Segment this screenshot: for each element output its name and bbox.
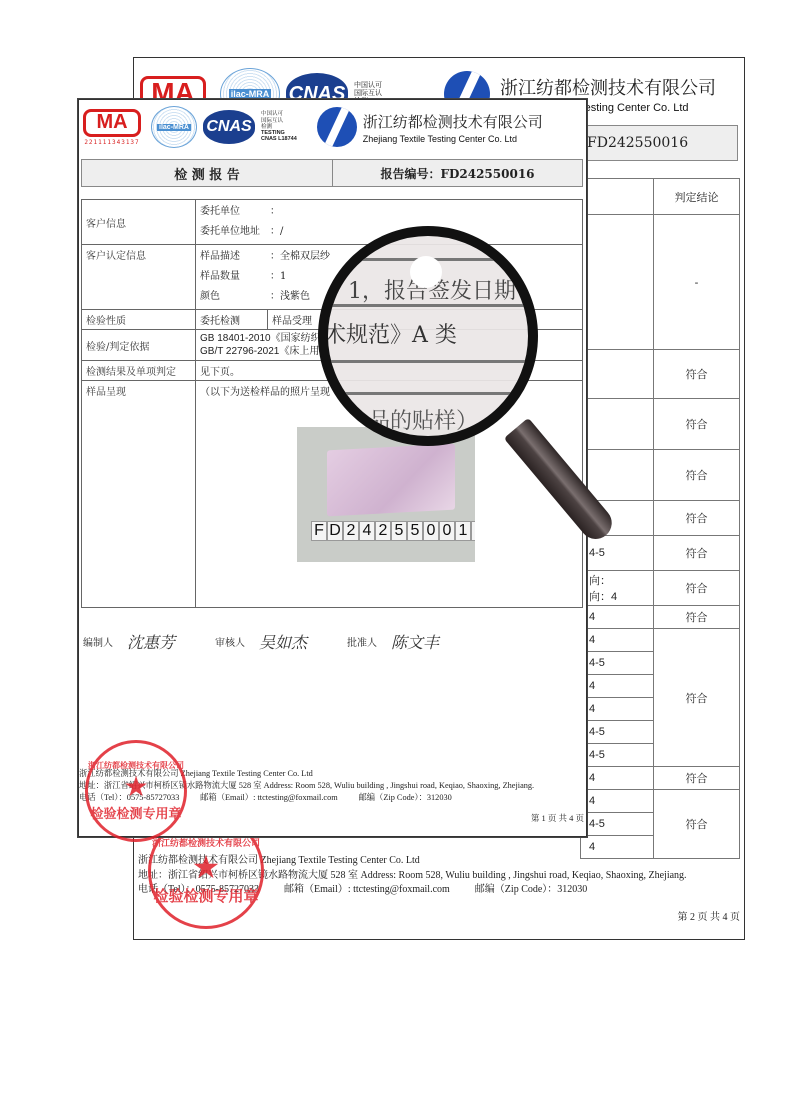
result-conclusion: 符合 [654,606,740,629]
table-row: 符合 [581,350,740,399]
row-label-client-info: 客户认定信息 [82,245,196,310]
result-conclusion: 符合 [654,767,740,790]
table-row: 4符合 [581,629,740,652]
row-label-results: 检测结果及单项判定 [82,361,196,381]
result-value: 4 [581,767,654,790]
inspection-stamp: 浙江纺都检测技术有限公司 ★ 检验检测专用章 [85,740,187,842]
cma-block: MA 221111343137 [83,109,141,146]
result-conclusion: 符合 [654,399,740,450]
result-value: 向： 向：4 [581,571,654,606]
sample-photo: FD242550016 [297,427,475,562]
signature-compiler: 沈惠芳 [127,630,175,653]
result-conclusion: 符合 [654,629,740,767]
result-value: 4-5 [581,536,654,571]
result-value: 4 [581,698,654,721]
magnified-text-sample: 品的贴样） [368,404,478,435]
company-name-block: 浙江纺都检测技术有限公司 Zhejiang Textile Testing Ce… [363,111,543,144]
cma-number: 221111343137 [84,139,139,146]
table-row: 向： 向：4符合 [581,571,740,606]
table-row: 客户信息 委托单位： 委托单位地址：/ [82,200,583,245]
tag-character: 1 [455,521,471,541]
signature-role: 审核人 [215,634,245,649]
page1-page-number: 第 1 页 共 4 页 [531,812,584,824]
table-row: 4-5符合 [581,536,740,571]
cma-logo: MA [83,109,141,137]
tag-character: 6 [471,521,475,541]
table-row: 4符合 [581,767,740,790]
result-conclusion: 符合 [654,571,740,606]
result-conclusion: 符合 [654,350,740,399]
page2-page-number: 第 2 页 共 4 页 [678,908,741,923]
signature-reviewer: 吴如杰 [259,630,307,653]
table-row: 4符合 [581,790,740,813]
lens-glint [410,256,442,288]
report-page-1: MA 221111343137 ilac-MRA CNAS 中国认可国际互认检测… [78,99,587,837]
page2-report-number-bar: FD242550016 [574,125,738,161]
magnifying-glass-icon: 1，报告签发日期： 术规范》A 类 品的贴样） [318,226,538,446]
tag-character: 0 [439,521,455,541]
star-icon: ★ [192,851,221,883]
report-title-bar: 检 测 报 告 报告编号：FD242550016 [81,159,583,187]
stamp-text: 检验检测专用章 [153,885,258,906]
result-conclusion: - [654,215,740,350]
magnified-text-class: 术规范》A 类 [324,318,457,349]
result-value: 4-5 [581,721,654,744]
report-number: 报告编号：FD242550016 [333,160,582,186]
signature-role: 批准人 [347,634,377,649]
result-conclusion: 符合 [654,450,740,501]
tag-character: 2 [343,521,359,541]
ilac-mra-logo: ilac-MRA [151,106,197,148]
result-value: 4 [581,629,654,652]
company-name-cn: 浙江纺都检测技术有限公司 [363,111,543,132]
tag-character: D [327,521,343,541]
stamp-text: 检验检测专用章 [90,803,181,822]
tag-character: 0 [423,521,439,541]
result-conclusion: 符合 [654,536,740,571]
magnified-text-issue-date: 1，报告签发日期： [348,274,538,305]
row-label-sample: 样品呈现 [82,381,196,608]
tag-character: 4 [359,521,375,541]
result-value: 4-5 [581,652,654,675]
table-header-row: 判定结论 [581,179,740,215]
result-value: 4-5 [581,813,654,836]
result-value: 4-5 [581,744,654,767]
header-conclusion: 判定结论 [654,179,740,215]
page1-logo-row: MA 221111343137 ilac-MRA CNAS 中国认可国际互认检测… [83,106,543,148]
result-value [581,215,654,350]
star-icon: ★ [123,773,148,801]
cnas-logo: CNAS [203,110,255,144]
result-value [581,399,654,450]
result-value: 4 [581,675,654,698]
inspection-type-value: 委托检测 [196,310,268,330]
result-conclusion: 符合 [654,501,740,536]
sample-id-tag: FD242550016 [311,521,475,541]
fabric-sample [327,444,455,517]
company-logo-icon [317,107,357,147]
signature-approver: 陈文丰 [391,630,439,653]
row-label-inspection-type: 检验性质 [82,310,196,330]
tag-character: 2 [375,521,391,541]
tag-character: 5 [407,521,423,541]
signature-role: 编制人 [83,634,113,649]
table-row: 4符合 [581,606,740,629]
signature-row: 编制人 沈惠芳 审核人 吴如杰 批准人 陈文丰 [83,630,479,653]
tag-character: F [311,521,327,541]
result-value: 4 [581,606,654,629]
result-conclusion: 符合 [654,790,740,859]
table-row: - [581,215,740,350]
table-row: 符合 [581,399,740,450]
result-value [581,350,654,399]
report-title: 检 测 报 告 [82,160,333,186]
row-label-client: 客户信息 [82,200,196,245]
report-number: FD242550016 [575,126,688,160]
result-value: 4 [581,790,654,813]
cnas-accreditation-text: 中国认可国际互认检测 TESTINGCNAS L18744 [261,111,297,143]
row-label-standard: 检验/判定依据 [82,330,196,361]
company-name-cn: 浙江纺都检测技术有限公司 [500,74,716,100]
table-row: 符合 [581,450,740,501]
tag-character: 5 [391,521,407,541]
company-name-en: Zhejiang Textile Testing Center Co. Ltd [363,134,543,144]
